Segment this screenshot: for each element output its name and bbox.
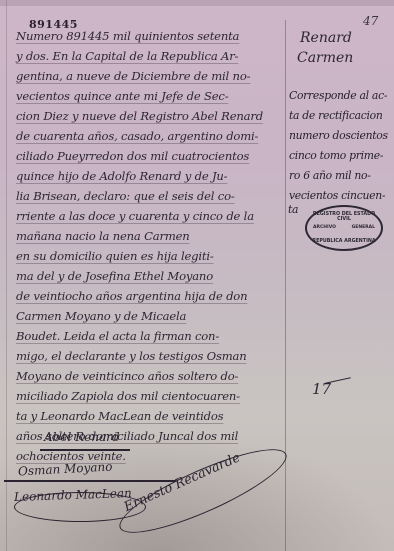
signature-underline [40,449,130,451]
signature-declarant: Abel Renard [44,430,120,444]
body-line: ta y Leonardo MacLean de veintidos [16,406,223,426]
stamp-bottom-text: REPUBLICA ARGENTINA [307,239,381,244]
annotation-line: ta de rectificacion [289,106,383,126]
annotation-line: numero doscientos [289,126,388,146]
body-line: cion Diez y nueve del Registro Abel Rena… [16,106,263,126]
body-line: Numero 891445 mil quinientos setenta [16,26,239,46]
annotation-line: ta [288,200,298,220]
body-line: gentina, a nueve de Diciembre de mil no- [16,66,250,86]
body-line: vecientos quince ante mi Jefe de Sec- [16,86,228,106]
body-line: migo, el declarante y los testigos Osman [16,346,247,366]
registry-archive-stamp: REGISTRO DEL ESTADO CIVIL ARCHIVO GENERA… [305,205,383,251]
body-line: Carmen Moyano y de Micaela [16,306,186,326]
body-line: en su domicilio quien es hija legiti- [16,246,214,266]
body-line: Boudet. Leida el acta la firman con- [16,326,219,346]
signature-underline [4,480,176,482]
body-line: y dos. En la Capital de la Republica Ar- [16,46,238,66]
body-line: ma del y de Josefina Ethel Moyano [16,266,213,286]
body-line: miciliado Zapiola dos mil cientocuaren- [16,386,240,406]
body-line: lia Brisean, declaro: que el seis del co… [16,186,235,206]
civil-registry-page: 47 891445 Renard Carmen Numero 891445 mi… [0,0,394,551]
stamp-top-text: REGISTRO DEL ESTADO CIVIL [307,212,381,222]
body-line: quince hijo de Adolfo Renard y de Ju- [16,166,227,186]
body-line: mañana nacio la nena Carmen [16,226,190,246]
body-line: Moyano de veinticinco años soltero do- [16,366,238,386]
annotation-line: vecientos cincuen- [289,186,385,206]
margin-surname: Renard [300,30,352,46]
annotation-line: ro 6 año mil no- [289,166,371,186]
margin-given-name: Carmen [297,50,353,66]
annotation-line: Corresponde al ac- [289,86,387,106]
body-line: ciliado Pueyrredon dos mil cuatrocientos [16,146,249,166]
stamp-right-text: GENERAL [352,225,375,230]
stamp-left-text: ARCHIVO [313,225,336,230]
page-top-edge [0,0,394,6]
annotation-line: cinco tomo prime- [289,146,383,166]
body-line: de cuarenta años, casado, argentino domi… [16,126,258,146]
body-line: rriente a las doce y cuarenta y cinco de… [16,206,254,226]
folio-number: 47 [363,14,378,28]
body-line: de veintiocho años argentina hija de don [16,286,247,306]
